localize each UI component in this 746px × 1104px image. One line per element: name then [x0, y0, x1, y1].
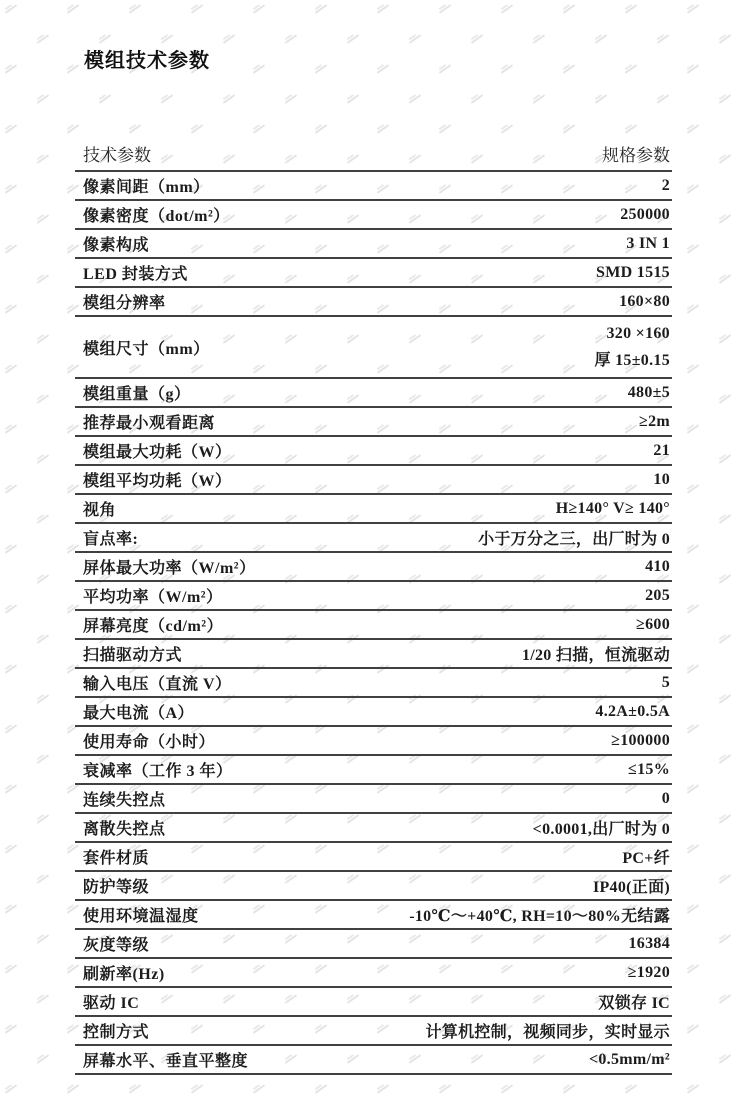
table-row: 扫描驱动方式 1/20 扫描，恒流驱动: [75, 640, 672, 669]
table-row: 屏幕水平、垂直平整度 <0.5mm/m²: [75, 1046, 672, 1075]
table-row: 像素构成 3 IN 1: [75, 230, 672, 259]
row-value: 480±5: [628, 384, 672, 402]
row-label: 刷新率(Hz): [75, 961, 165, 984]
row-label: 使用寿命（小时）: [75, 729, 215, 752]
row-value: ≥1920: [628, 964, 672, 982]
table-row: 控制方式 计算机控制，视频同步，实时显示: [75, 1017, 672, 1046]
row-label: 套件材质: [75, 845, 149, 868]
row-value: 410: [645, 558, 672, 576]
row-value: PC+纤: [622, 845, 672, 868]
row-label: 离散失控点: [75, 816, 166, 839]
row-value: 4.2A±0.5A: [595, 703, 672, 721]
table-row: 屏幕亮度（cd/m²） ≥600: [75, 611, 672, 640]
row-value: <0.0001,出厂时为 0: [533, 816, 672, 839]
row-label: 防护等级: [75, 874, 149, 897]
page-title: 模组技术参数: [84, 44, 746, 73]
row-label: 控制方式: [75, 1019, 149, 1042]
row-value: 3 IN 1: [626, 235, 672, 253]
row-value: IP40(正面): [593, 874, 672, 897]
row-label: 模组尺寸（mm）: [75, 336, 210, 359]
row-value: 计算机控制，视频同步，实时显示: [425, 1019, 672, 1042]
row-value: 21: [653, 442, 672, 460]
table-row: 刷新率(Hz) ≥1920: [75, 959, 672, 988]
row-value: 小于万分之三，出厂时为 0: [478, 526, 672, 549]
spec-table: 技术参数 规格参数 像素间距（mm） 2 像素密度（dot/m²） 250000…: [75, 140, 672, 1075]
table-row: 推荐最小观看距离 ≥2m: [75, 408, 672, 437]
table-row: 屏体最大功率（W/m²） 410: [75, 553, 672, 582]
row-value: SMD 1515: [596, 264, 672, 282]
row-value: 5: [662, 674, 672, 692]
table-row: 输入电压（直流 V） 5: [75, 669, 672, 698]
row-value: <0.5mm/m²: [589, 1051, 672, 1069]
table-row: 最大电流（A） 4.2A±0.5A: [75, 698, 672, 727]
row-value: 160×80: [619, 293, 672, 311]
row-value: 1/20 扫描，恒流驱动: [522, 642, 672, 665]
table-row: 像素密度（dot/m²） 250000: [75, 201, 672, 230]
table-row: 模组分辨率 160×80: [75, 288, 672, 317]
row-value: 2: [662, 177, 672, 195]
row-value: 10: [653, 471, 672, 489]
row-label: 模组平均功耗（W）: [75, 468, 232, 491]
row-value: ≥600: [636, 616, 672, 634]
row-label: 灰度等级: [75, 932, 149, 955]
table-body: 像素间距（mm） 2 像素密度（dot/m²） 250000 像素构成 3 IN…: [75, 172, 672, 1075]
row-value: ≤15%: [628, 761, 672, 779]
table-row: 模组重量（g） 480±5: [75, 379, 672, 408]
row-value: 320 ×160厚 15±0.15: [595, 320, 672, 374]
table-row: 灰度等级 16384: [75, 930, 672, 959]
row-label: 平均功率（W/m²）: [75, 584, 223, 607]
table-row: 平均功率（W/m²） 205: [75, 582, 672, 611]
row-label: 模组重量（g）: [75, 381, 191, 404]
row-label: 扫描驱动方式: [75, 642, 182, 665]
table-row: 模组最大功耗（W） 21: [75, 437, 672, 466]
row-value: 双锁存 IC: [598, 990, 672, 1013]
header-param-column: 技术参数: [75, 141, 151, 166]
row-label: 屏体最大功率（W/m²）: [75, 555, 256, 578]
row-value: ≥100000: [611, 732, 672, 750]
table-row: 像素间距（mm） 2: [75, 172, 672, 201]
row-label: 像素构成: [75, 232, 149, 255]
row-label: 视角: [75, 497, 116, 520]
row-label: 衰减率（工作 3 年）: [75, 758, 233, 781]
row-label: 屏幕水平、垂直平整度: [75, 1048, 248, 1071]
row-value: 205: [645, 587, 672, 605]
row-label: LED 封装方式: [75, 261, 188, 284]
row-value: H≥140° V≥ 140°: [556, 500, 672, 518]
table-row: 套件材质 PC+纤: [75, 843, 672, 872]
row-label: 模组最大功耗（W）: [75, 439, 232, 462]
row-label: 像素间距（mm）: [75, 174, 210, 197]
row-value: ≥2m: [639, 413, 672, 431]
row-value: 250000: [620, 206, 672, 224]
row-label: 最大电流（A）: [75, 700, 194, 723]
row-label: 输入电压（直流 V）: [75, 671, 232, 694]
spec-document: 模组技术参数 技术参数 规格参数 像素间距（mm） 2 像素密度（dot/m²）…: [0, 44, 746, 73]
row-label: 盲点率:: [75, 526, 138, 549]
table-row: 视角 H≥140° V≥ 140°: [75, 495, 672, 524]
table-row: 衰减率（工作 3 年） ≤15%: [75, 756, 672, 785]
table-header-row: 技术参数 规格参数: [75, 140, 672, 172]
row-value: 16384: [629, 935, 673, 953]
row-label: 使用环境温湿度: [75, 903, 199, 926]
row-label: 连续失控点: [75, 787, 166, 810]
row-label: 屏幕亮度（cd/m²）: [75, 613, 223, 636]
row-value: 0: [662, 790, 672, 808]
table-row: 模组平均功耗（W） 10: [75, 466, 672, 495]
table-row: LED 封装方式 SMD 1515: [75, 259, 672, 288]
table-row: 使用环境温湿度 -10℃～+40℃, RH=10～80%无结露: [75, 901, 672, 930]
table-row: 离散失控点 <0.0001,出厂时为 0: [75, 814, 672, 843]
table-row: 使用寿命（小时） ≥100000: [75, 727, 672, 756]
row-value: -10℃～+40℃, RH=10～80%无结露: [409, 903, 672, 926]
table-row: 驱动 IC 双锁存 IC: [75, 988, 672, 1017]
table-row: 盲点率: 小于万分之三，出厂时为 0: [75, 524, 672, 553]
table-row: 连续失控点 0: [75, 785, 672, 814]
table-row: 防护等级 IP40(正面): [75, 872, 672, 901]
table-row: 模组尺寸（mm） 320 ×160厚 15±0.15: [75, 317, 672, 379]
row-label: 模组分辨率: [75, 290, 166, 313]
row-label: 推荐最小观看距离: [75, 410, 215, 433]
row-label: 像素密度（dot/m²）: [75, 203, 230, 226]
row-label: 驱动 IC: [75, 990, 139, 1013]
header-spec-column: 规格参数: [602, 141, 672, 166]
